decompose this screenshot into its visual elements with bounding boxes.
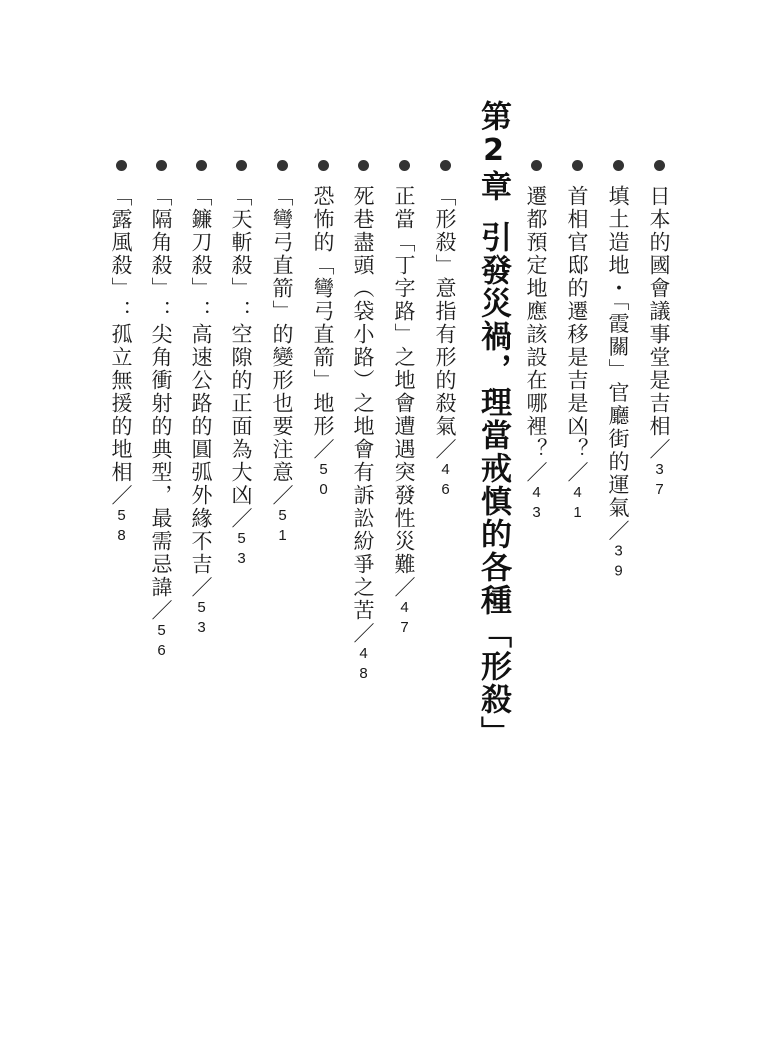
- entry-title: 「露風殺」：孤立無援的地相: [109, 185, 133, 484]
- toc-entry: 遷都預定地應該設在哪裡？／43: [524, 160, 548, 524]
- toc-entry: 「彎弓直箭」的變形也要注意／51: [270, 160, 294, 547]
- toc-entry: 「鐮刀殺」：高速公路的圓弧外緣不吉／53: [189, 160, 213, 639]
- separator: ／: [606, 520, 630, 543]
- page-number: 50: [315, 461, 332, 501]
- toc-entry: 「隔角殺」：尖角衝射的典型，最需忌諱／56: [149, 160, 173, 662]
- page-number: 41: [569, 484, 586, 524]
- separator: ／: [392, 576, 416, 599]
- separator: ／: [311, 438, 335, 461]
- separator: ／: [189, 576, 213, 599]
- separator: ／: [647, 438, 671, 461]
- page-number: 46: [437, 461, 454, 501]
- entry-title: 填土造地・「霞關」官廳街的運氣: [606, 185, 630, 520]
- entry-title: 恐怖的「彎弓直箭」地形: [311, 185, 335, 438]
- separator: ／: [433, 438, 457, 461]
- chapter-label: 第: [475, 100, 511, 133]
- bullet-icon: [156, 160, 167, 171]
- entry-title: 「形殺」意指有形的殺氣: [433, 185, 457, 438]
- separator: ／: [229, 507, 253, 530]
- entry-title: 死巷盡頭（袋小路）之地會有訴訟紛爭之苦: [351, 185, 375, 622]
- separator: ／: [270, 484, 294, 507]
- chapter-suffix: 章: [475, 170, 511, 203]
- chapter-number: 2: [476, 133, 511, 170]
- separator: ／: [109, 484, 133, 507]
- page-number: 58: [113, 507, 130, 547]
- chapter-heading: 第2章引發災禍，理當戒慎的各種「形殺」: [476, 100, 510, 749]
- page-number: 37: [651, 461, 668, 501]
- separator: ／: [565, 461, 589, 484]
- entry-title: 遷都預定地應該設在哪裡？: [524, 185, 548, 461]
- page-number: 47: [396, 599, 413, 639]
- bullet-icon: [358, 160, 369, 171]
- bullet-icon: [654, 160, 665, 171]
- bullet-icon: [196, 160, 207, 171]
- entry-title: 「天斬殺」：空隙的正面為大凶: [229, 185, 253, 507]
- page-number: 53: [233, 530, 250, 570]
- chapter-title: 引發災禍，理當戒慎的各種「形殺」: [475, 221, 511, 749]
- bullet-icon: [236, 160, 247, 171]
- separator: ／: [149, 599, 173, 622]
- bullet-icon: [277, 160, 288, 171]
- toc-entry: 「天斬殺」：空隙的正面為大凶／53: [229, 160, 253, 570]
- entry-title: 「鐮刀殺」：高速公路的圓弧外緣不吉: [189, 185, 213, 576]
- page-number: 48: [355, 645, 372, 685]
- page-number: 53: [193, 599, 210, 639]
- bullet-icon: [440, 160, 451, 171]
- separator: ／: [351, 622, 375, 645]
- page-number: 39: [610, 543, 627, 583]
- entry-title: 首相官邸的遷移是吉是凶？: [565, 185, 589, 461]
- entry-title: 日本的國會議事堂是吉相: [647, 185, 671, 438]
- toc-entry: 「形殺」意指有形的殺氣／46: [433, 160, 457, 501]
- entry-title: 「彎弓直箭」的變形也要注意: [270, 185, 294, 484]
- toc-entry: 填土造地・「霞關」官廳街的運氣／39: [606, 160, 630, 583]
- toc-entry: 首相官邸的遷移是吉是凶？／41: [565, 160, 589, 524]
- toc-entry: 「露風殺」：孤立無援的地相／58: [109, 160, 133, 547]
- entry-title: 「隔角殺」：尖角衝射的典型，最需忌諱: [149, 185, 173, 599]
- page-number: 56: [153, 622, 170, 662]
- bullet-icon: [613, 160, 624, 171]
- toc-entry: 日本的國會議事堂是吉相／37: [647, 160, 671, 501]
- toc-entry: 恐怖的「彎弓直箭」地形／50: [311, 160, 335, 501]
- bullet-icon: [531, 160, 542, 171]
- page-number: 43: [528, 484, 545, 524]
- bullet-icon: [572, 160, 583, 171]
- bullet-icon: [399, 160, 410, 171]
- page-number: 51: [274, 507, 291, 547]
- separator: ／: [524, 461, 548, 484]
- toc-entry: 正當「丁字路」之地會遭遇突發性災難／47: [392, 160, 416, 639]
- toc-entry: 死巷盡頭（袋小路）之地會有訴訟紛爭之苦／48: [351, 160, 375, 685]
- bullet-icon: [318, 160, 329, 171]
- bullet-icon: [116, 160, 127, 171]
- entry-title: 正當「丁字路」之地會遭遇突發性災難: [392, 185, 416, 576]
